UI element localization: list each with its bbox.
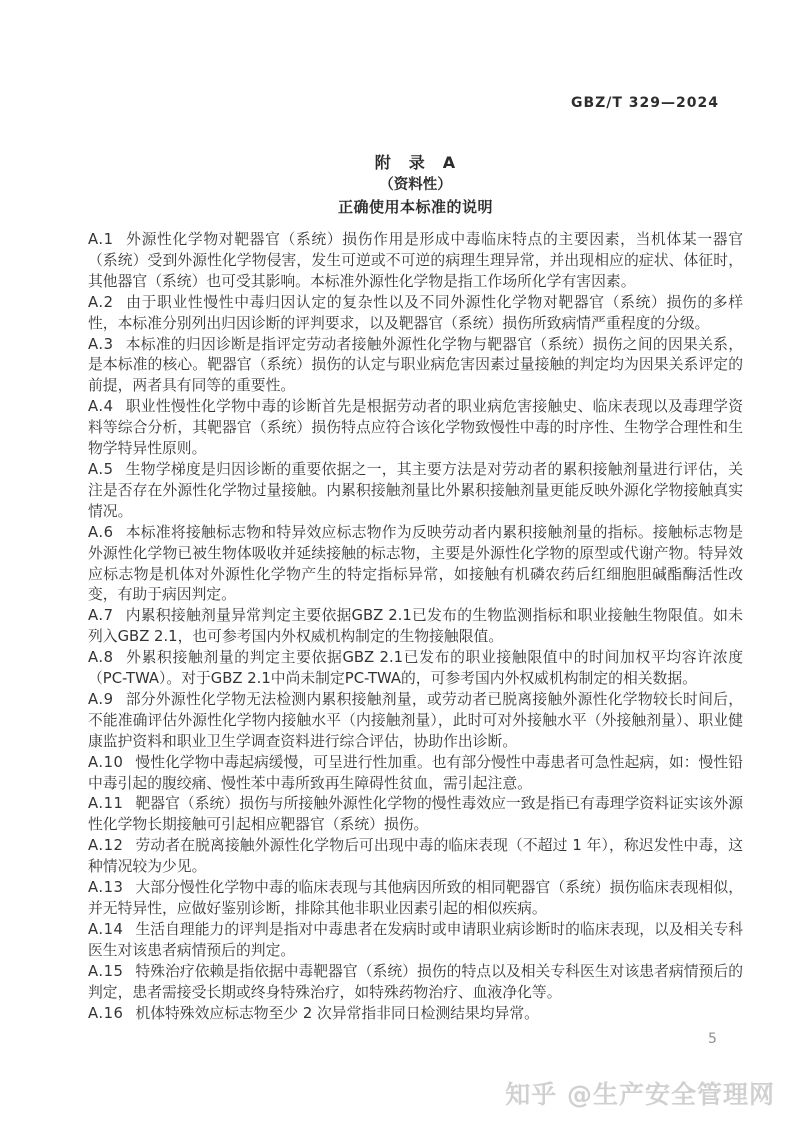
zhihu-watermark: 知乎 @生产安全管理网: [505, 1075, 775, 1111]
clause-text: 生物学梯度是归因诊断的重要依据之一，其主要方法是对劳动者的累积接触剂量进行评估，…: [88, 461, 743, 520]
clause-text: 大部分慢性化学物中毒的临床表现与其他病因所致的相同靶器官（系统）损伤临床表现相似…: [88, 879, 743, 917]
standard-number: GBZ/T 329—2024: [571, 95, 719, 111]
clause-label: A.4: [88, 398, 113, 415]
clause-list: A.1外源性化学物对靶器官（系统）损伤作用是形成中毒临床特点的主要因素，当机体某…: [88, 230, 743, 1024]
clause-label: A.1: [88, 231, 113, 248]
clause-text: 特殊治疗依赖是指依据中毒靶器官（系统）损伤的特点以及相关专科医生对该患者病情预后…: [88, 963, 743, 1001]
clause-label: A.15: [88, 963, 123, 980]
clause-A-6: A.6本标准将接触标志物和特异效应标志物作为反映劳动者内累积接触剂量的指标。接触…: [88, 523, 743, 607]
clause-A-1: A.1外源性化学物对靶器官（系统）损伤作用是形成中毒临床特点的主要因素，当机体某…: [88, 230, 743, 293]
clause-text: 劳动者在脱离接触外源性化学物后可出现中毒的临床表现（不超过 1 年），称迟发性中…: [88, 837, 743, 875]
clause-A-10: A.10慢性化学物中毒起病缓慢，可呈进行性加重。也有部分慢性中毒患者可急性起病，…: [88, 753, 743, 795]
clause-label: A.12: [88, 837, 123, 854]
clause-text: 机体特殊效应标志物至少 2 次异常指非同日检测结果均异常。: [135, 1005, 539, 1022]
clause-A-16: A.16机体特殊效应标志物至少 2 次异常指非同日检测结果均异常。: [88, 1004, 743, 1025]
appendix-subtitle: （资料性）: [88, 174, 743, 196]
clause-label: A.13: [88, 879, 123, 896]
clause-text: 本标准的归因诊断是指评定劳动者接触外源性化学物与靶器官（系统）损伤之间的因果关系…: [88, 336, 743, 395]
clause-A-11: A.11靶器官（系统）损伤与所接触外源性化学物的慢性毒效应一致是指已有毒理学资料…: [88, 794, 743, 836]
clause-A-8: A.8外累积接触剂量的判定主要依据GBZ 2.1已发布的职业接触限值中的时间加权…: [88, 648, 743, 690]
clause-A-7: A.7内累积接触剂量异常判定主要依据GBZ 2.1已发布的生物监测指标和职业接触…: [88, 606, 743, 648]
clause-A-14: A.14生活自理能力的评判是指对中毒患者在发病时或申请职业病诊断时的临床表现，以…: [88, 920, 743, 962]
clause-text: 职业性慢性化学物中毒的诊断首先是根据劳动者的职业病危害接触史、临床表现以及毒理学…: [88, 398, 743, 457]
clause-text: 部分外源性化学物无法检测内累积接触剂量，或劳动者已脱离接触外源性化学物较长时间后…: [88, 691, 743, 750]
clause-A-5: A.5生物学梯度是归因诊断的重要依据之一，其主要方法是对劳动者的累积接触剂量进行…: [88, 460, 743, 523]
clause-label: A.3: [88, 336, 113, 353]
clause-text: 本标准将接触标志物和特异效应标志物作为反映劳动者内累积接触剂量的指标。接触标志物…: [88, 524, 743, 604]
clause-A-2: A.2由于职业性慢性中毒归因认定的复杂性以及不同外源性化学物对靶器官（系统）损伤…: [88, 293, 743, 335]
clause-A-9: A.9部分外源性化学物无法检测内累积接触剂量，或劳动者已脱离接触外源性化学物较长…: [88, 690, 743, 753]
page-number: 5: [708, 1031, 717, 1047]
clause-label: A.14: [88, 921, 123, 938]
clause-text: 由于职业性慢性中毒归因认定的复杂性以及不同外源性化学物对靶器官（系统）损伤的多样…: [88, 294, 743, 332]
clause-A-3: A.3本标准的归因诊断是指评定劳动者接触外源性化学物与靶器官（系统）损伤之间的因…: [88, 335, 743, 398]
clause-text: 靶器官（系统）损伤与所接触外源性化学物的慢性毒效应一致是指已有毒理学资料证实该外…: [88, 795, 743, 833]
clause-label: A.8: [88, 649, 113, 666]
clause-label: A.2: [88, 294, 113, 311]
appendix-title-block: 附 录 A （资料性） 正确使用本标准的说明: [88, 151, 743, 219]
clause-A-15: A.15特殊治疗依赖是指依据中毒靶器官（系统）损伤的特点以及相关专科医生对该患者…: [88, 962, 743, 1004]
document-page: GBZ/T 329—2024 附 录 A （资料性） 正确使用本标准的说明 A.…: [0, 0, 793, 1123]
clause-label: A.11: [88, 795, 123, 812]
clause-label: A.10: [88, 754, 123, 771]
clause-label: A.16: [88, 1005, 123, 1022]
clause-label: A.5: [88, 461, 113, 478]
clause-label: A.7: [88, 607, 113, 624]
clause-text: 外累积接触剂量的判定主要依据GBZ 2.1已发布的职业接触限值中的时间加权平均容…: [88, 649, 743, 687]
clause-A-12: A.12劳动者在脱离接触外源性化学物后可出现中毒的临床表现（不超过 1 年），称…: [88, 836, 743, 878]
clause-label: A.6: [88, 524, 113, 541]
appendix-heading: 正确使用本标准的说明: [88, 196, 743, 219]
clause-label: A.9: [88, 691, 113, 708]
clause-A-13: A.13大部分慢性化学物中毒的临床表现与其他病因所致的相同靶器官（系统）损伤临床…: [88, 878, 743, 920]
clause-text: 内累积接触剂量异常判定主要依据GBZ 2.1已发布的生物监测指标和职业接触生物限…: [88, 607, 743, 645]
clause-A-4: A.4职业性慢性化学物中毒的诊断首先是根据劳动者的职业病危害接触史、临床表现以及…: [88, 397, 743, 460]
clause-text: 慢性化学物中毒起病缓慢，可呈进行性加重。也有部分慢性中毒患者可急性起病，如：慢性…: [88, 754, 743, 792]
appendix-title: 附 录 A: [88, 151, 743, 174]
clause-text: 生活自理能力的评判是指对中毒患者在发病时或申请职业病诊断时的临床表现，以及相关专…: [88, 921, 743, 959]
clause-text: 外源性化学物对靶器官（系统）损伤作用是形成中毒临床特点的主要因素，当机体某一器官…: [88, 231, 743, 290]
